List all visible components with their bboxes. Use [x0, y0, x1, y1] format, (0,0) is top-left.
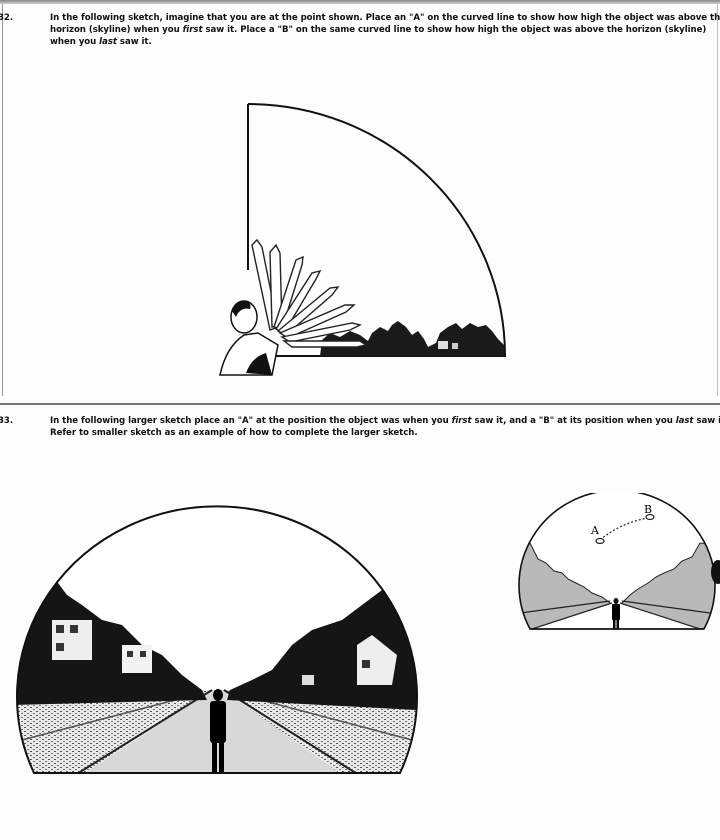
margin-blot [711, 560, 720, 584]
example-sketch: A B [510, 493, 720, 638]
large-street-sketch[interactable] [12, 495, 418, 780]
question-32: 32.In the following sketch, imagine that… [24, 12, 720, 48]
question-text: In the following sketch, imagine that yo… [50, 13, 720, 47]
question-number: 32. [24, 12, 50, 24]
page-top-rule [0, 0, 720, 4]
question-text: In the following larger sketch place an … [50, 416, 720, 438]
question-33: 33.In the following larger sketch place … [24, 415, 720, 439]
page-left-rule [2, 4, 3, 396]
pointing-hands [252, 240, 366, 347]
section-divider [0, 403, 720, 405]
question-number: 33. [24, 415, 50, 427]
page-right-rule [717, 4, 718, 396]
label-a: A [590, 524, 600, 537]
mark-a [596, 539, 604, 544]
label-b: B [644, 503, 652, 516]
quarter-arc-sketch [200, 95, 520, 380]
